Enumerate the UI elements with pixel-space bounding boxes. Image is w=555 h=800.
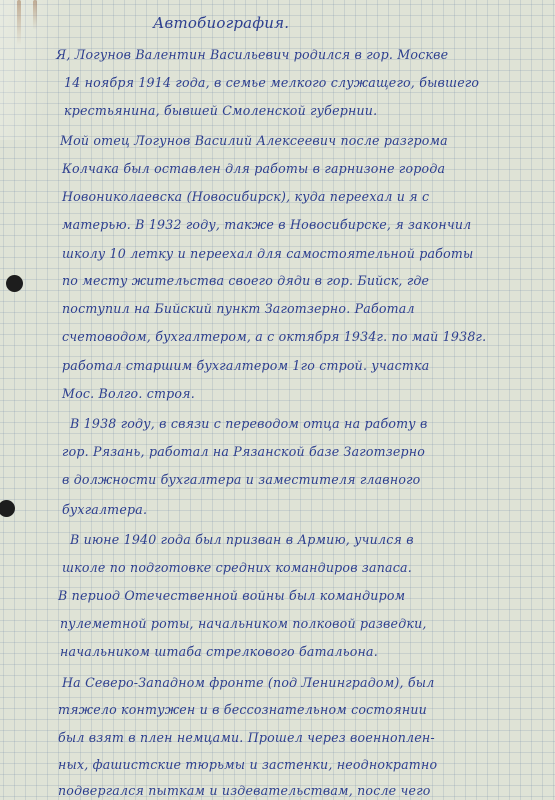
text-line: пулеметной роты, начальником полковой ра… bbox=[60, 616, 427, 631]
text-line: подвергался пыткам и издевательствам, по… bbox=[58, 783, 431, 798]
text-line: В 1938 году, в связи с переводом отца на… bbox=[70, 416, 428, 431]
rust-stain bbox=[17, 0, 21, 45]
text-line: поступил на Бийский пункт Заготзерно. Ра… bbox=[62, 301, 415, 316]
text-line: начальником штаба стрелкового батальона. bbox=[60, 644, 378, 659]
text-line: Мой отец Логунов Василий Алексеевич посл… bbox=[60, 133, 448, 148]
text-line: ных, фашистские тюрьмы и застенки, неодн… bbox=[58, 757, 437, 772]
text-line: матерью. В 1932 году, также в Новосибирс… bbox=[62, 217, 471, 232]
text-line: Мос. Волго. строя. bbox=[62, 386, 195, 401]
text-line: работал старшим бухгалтером 1го строй. у… bbox=[62, 358, 429, 373]
punch-hole bbox=[6, 275, 23, 292]
text-line: В период Отечественной войны был команди… bbox=[58, 588, 405, 603]
text-line: бухгалтера. bbox=[62, 502, 147, 517]
text-line: по месту жительства своего дяди в гор. Б… bbox=[62, 273, 429, 288]
text-line: тяжело контужен и в бессознательном сост… bbox=[58, 702, 427, 717]
rust-stain bbox=[33, 0, 37, 30]
text-line: В июне 1940 года был призван в Армию, уч… bbox=[70, 532, 414, 547]
text-line: На Северо-Западном фронте (под Ленинград… bbox=[62, 675, 434, 690]
text-line: школу 10 летку и переехал для самостояте… bbox=[62, 246, 473, 261]
notebook-page: Автобиография. Я, Логунов Валентин Васил… bbox=[0, 0, 555, 800]
text-line: счетоводом, бухгалтером, а с октября 193… bbox=[62, 329, 486, 344]
punch-hole bbox=[0, 500, 15, 517]
text-line: крестьянина, бывшей Смоленской губернии. bbox=[64, 103, 377, 118]
text-line: гор. Рязань, работал на Рязанской базе З… bbox=[62, 444, 425, 459]
text-line: в должности бухгалтера и заместителя гла… bbox=[62, 472, 420, 487]
text-line: 14 ноября 1914 года, в семье мелкого слу… bbox=[64, 75, 479, 90]
document-title: Автобиография. bbox=[153, 14, 289, 32]
text-line: школе по подготовке средних командиров з… bbox=[62, 560, 412, 575]
text-line: Колчака был оставлен для работы в гарниз… bbox=[62, 161, 445, 176]
text-line: Я, Логунов Валентин Васильевич родился в… bbox=[56, 47, 448, 62]
text-line: Новониколаевска (Новосибирск), куда пере… bbox=[62, 189, 429, 204]
text-line: был взят в плен немцами. Прошел через во… bbox=[58, 730, 435, 745]
